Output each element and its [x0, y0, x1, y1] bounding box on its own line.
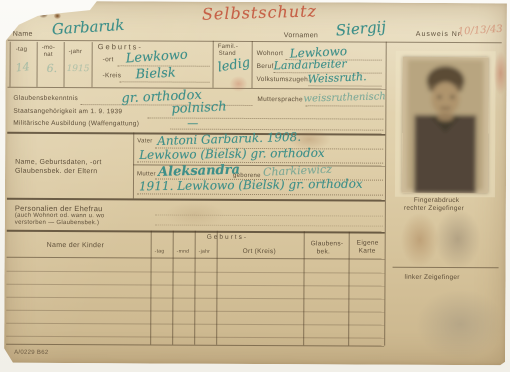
dotted-rule	[80, 104, 252, 106]
children-geburts-header: Geburts-	[207, 234, 248, 241]
grid-line	[251, 41, 252, 88]
scan-background: Selbstschutz Name Garbaruk Vornamen Sier…	[0, 0, 510, 372]
volkstum-label: Volkstumszugeh.	[257, 76, 311, 83]
grid-line	[194, 231, 196, 345]
birth-district-value: Bielsk	[135, 66, 176, 83]
staats-label: Staatsangehörigkeit am 1. 9. 1939	[13, 108, 122, 116]
birth-year-value: 1915	[67, 64, 90, 74]
children-tag-header: -tag	[155, 248, 165, 254]
dotted-rule	[155, 224, 383, 226]
children-karte-header-2: Karte	[359, 248, 376, 255]
grid-line	[172, 231, 174, 345]
smudge-bottom-right	[416, 289, 504, 359]
table-row	[6, 336, 384, 339]
vater-value-line2: Lewkowo (Bielsk) gr. orthodox	[139, 146, 325, 162]
mutter-label: Mutter	[137, 171, 156, 177]
fingerprint-smudge-right	[401, 213, 439, 267]
parents-label-line2: Glaubensbek. der Eltern	[15, 168, 97, 175]
muttersprache-label: Muttersprache	[257, 96, 302, 103]
grid-line	[10, 42, 11, 87]
dotted-rule	[147, 117, 383, 119]
beruf-label: Beruf	[257, 63, 274, 70]
beruf-value: Landarbeiter	[273, 57, 346, 72]
vornamen-label: Vornamen	[284, 32, 318, 39]
dotted-rule	[309, 85, 382, 86]
birth-month-label-bottom: nat	[44, 52, 53, 58]
fingerprint-smudge-right-2	[435, 209, 481, 269]
grid-line	[91, 42, 92, 87]
birth-place-label: -ort	[103, 56, 114, 63]
section-rule	[7, 198, 385, 202]
dotted-rule	[155, 214, 383, 216]
birth-year-label: -jahr	[69, 49, 83, 55]
fingerprint-divider	[393, 267, 499, 269]
dotted-rule	[305, 105, 383, 106]
birth-day-value: 14	[15, 60, 30, 74]
grid-line	[37, 42, 38, 87]
grid-line	[303, 231, 305, 345]
dotted-rule	[120, 81, 210, 82]
dotted-rule	[137, 161, 383, 163]
ink-spot-2	[54, 13, 61, 19]
fingerprint-right-label-2: rechter Zeigefinger	[404, 205, 464, 212]
children-name-header: Name der Kinder	[47, 242, 104, 249]
militaer-label: Militärische Ausbildung (Waffengattung)	[13, 120, 139, 128]
children-jahr-header: -jahr	[199, 249, 211, 255]
vater-value-line1: Antoni Garbaruk. 1908.	[157, 130, 301, 148]
wife-label-line3: verstorben — Glaubensbek.)	[15, 220, 100, 226]
birth-place-value: Lewkowo	[125, 47, 188, 66]
muttersprache-value: weissruthenisch	[303, 91, 386, 104]
ink-spot	[39, 10, 48, 18]
table-row	[7, 271, 385, 274]
vater-label: Vater	[137, 138, 152, 144]
volkstum-value: Weissruth.	[307, 70, 367, 86]
birth-month-value: 6.	[47, 62, 58, 75]
grid-line	[64, 42, 65, 87]
familstand-label-top: Famil.-	[218, 44, 238, 50]
wife-label-line1: Personalien der Ehefrau	[15, 204, 103, 213]
vornamen-value: Siergij	[335, 18, 386, 40]
dotted-rule	[137, 193, 383, 195]
familstand-label-bottom: Stand	[219, 51, 236, 57]
name-label: Name	[13, 31, 33, 38]
mutter-value-line2: 1911. Lewkowo (Bielsk) gr. orthodox	[139, 177, 363, 194]
children-glauben-header-1: Glaubens-	[311, 240, 344, 247]
fingerprint-right-label-1: Fingerabdruck	[414, 197, 459, 204]
children-ort-header: Ort (Kreis)	[243, 248, 276, 255]
children-glauben-header-2: bek.	[317, 248, 331, 255]
grid-line	[216, 231, 218, 345]
birth-month-label-top: -mo-	[42, 45, 56, 51]
red-smudge-ledig	[229, 76, 247, 92]
grid-line	[348, 231, 350, 345]
name-value: Garbaruk	[51, 16, 125, 39]
wife-label-line2: (auch Wohnort od. wann u. wo	[15, 213, 105, 219]
table-bottom-rule	[6, 344, 384, 347]
wohnort-label: Wohnort	[257, 50, 284, 57]
ausweis-label: Ausweis Nr.	[416, 31, 464, 38]
birth-district-label: -Kreis	[103, 72, 122, 79]
birth-day-label: -tag	[16, 47, 28, 53]
children-mnd-header: -mnd	[177, 249, 190, 255]
militaer-value: —	[187, 117, 198, 130]
registration-card: Selbstschutz Name Garbaruk Vornamen Sier…	[4, 1, 507, 366]
fingerprint-left-label: linker Zeigefinger	[404, 274, 459, 281]
staats-value: polnisch	[171, 99, 227, 117]
glauben-label: Glaubensbekenntnis	[13, 95, 78, 102]
header-rule	[8, 40, 502, 44]
familstand-value: ledig	[217, 55, 252, 75]
grid-line	[150, 230, 152, 344]
portrait-photo	[402, 57, 489, 193]
form-code: A/0229 B62	[14, 350, 48, 356]
card-title: Selbstschutz	[202, 1, 318, 23]
grid-line	[212, 41, 213, 88]
parents-label-line1: Name, Geburtsdaten, -ort	[15, 159, 102, 166]
children-karte-header-1: Eigene	[357, 240, 379, 247]
column-divider	[384, 42, 387, 346]
ausweis-number: 10/13/43	[457, 24, 503, 38]
